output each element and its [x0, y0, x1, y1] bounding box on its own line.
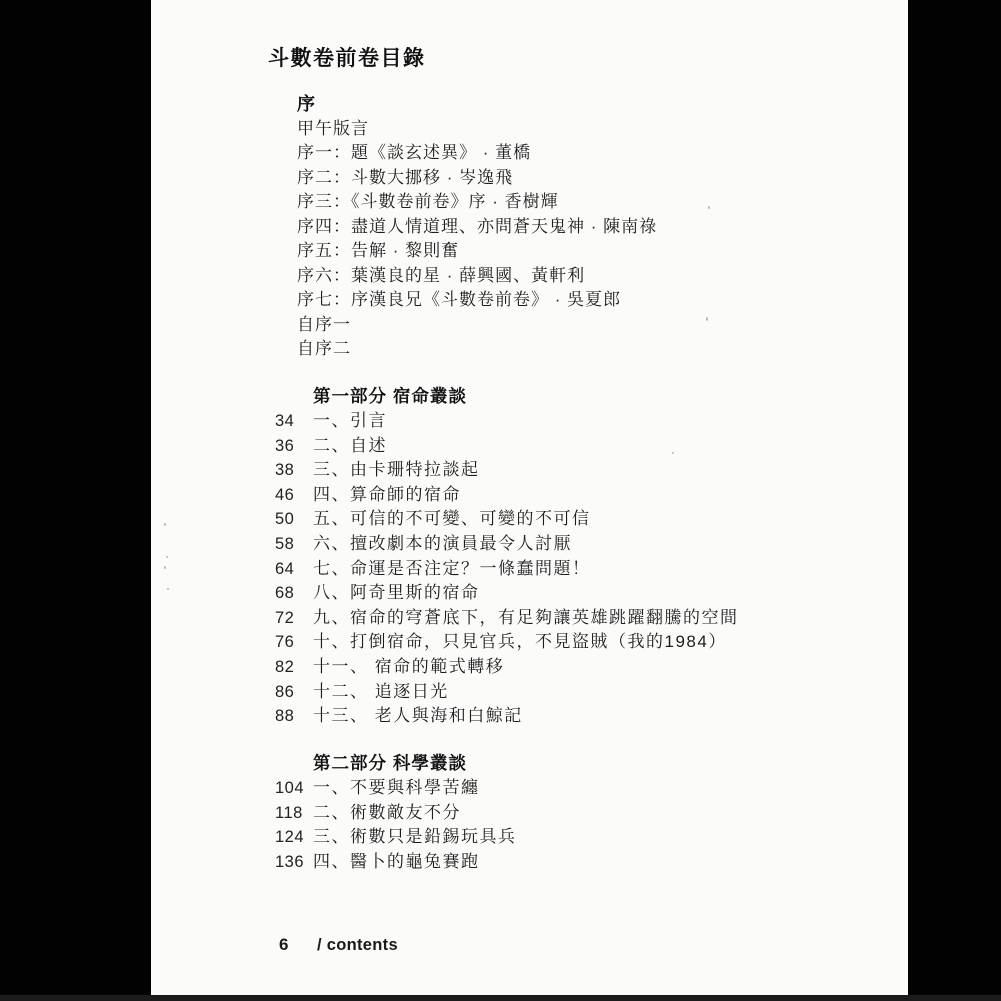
- toc-entry-title: 四、算命師的宿命: [313, 483, 461, 508]
- toc-entry: 82十一、 宿命的範式轉移: [151, 655, 908, 680]
- scanned-book-spread: 斗數卷前卷目錄 序 甲午版言序一：題《談玄述異》 · 董橋序二：斗數大挪移 · …: [0, 0, 1001, 1001]
- toc-entry: 88十三、 老人與海和白鯨記: [151, 704, 908, 729]
- toc-entry-page-number: 88: [275, 704, 294, 729]
- toc-entry-page-number: 58: [275, 532, 294, 557]
- preface-line: 序一：題《談玄述異》 · 董橋: [297, 141, 657, 166]
- scan-speck: [164, 523, 166, 526]
- toc-entry-page-number: 46: [275, 483, 294, 508]
- scan-speck: [167, 588, 169, 590]
- scan-speck: [570, 268, 573, 273]
- toc-entry-page-number: 72: [275, 606, 294, 631]
- toc-entry-title: 九、宿命的穹蒼底下，有足夠讓英雄跳躍翻騰的空間: [313, 606, 739, 631]
- toc-entry-page-number: 104: [275, 776, 304, 801]
- toc-entry-page-number: 34: [275, 409, 294, 434]
- toc-entry-title: 三、由卡珊特拉談起: [313, 458, 480, 483]
- toc-entry-title: 四、醫卜的龜兔賽跑: [313, 850, 480, 875]
- scan-speck: [576, 267, 578, 271]
- toc-entry-title: 十一、 宿命的範式轉移: [313, 655, 504, 680]
- toc-entry: 104一、不要與科學苦纏: [151, 776, 908, 801]
- scan-speck: [708, 206, 710, 209]
- toc-entry: 46四、算命師的宿命: [151, 483, 908, 508]
- scan-background-left: [0, 0, 151, 1001]
- toc-entry-title: 六、擅改劇本的演員最令人討厭: [313, 532, 572, 557]
- preface-line: 序二：斗數大挪移 · 岑逸飛: [297, 166, 657, 191]
- scan-speck: [672, 452, 674, 454]
- toc-entry: 34一、引言: [151, 409, 908, 434]
- preface-line: 序六：葉漢良的星 · 薛興國、黃軒利: [297, 264, 657, 289]
- toc-section-1: 第一部分 宿命叢談 34一、引言36二、自述38三、由卡珊特拉談起46四、算命師…: [151, 384, 908, 729]
- scan-speck: [706, 317, 708, 321]
- toc-entry-page-number: 136: [275, 850, 304, 875]
- toc-entry: 36二、自述: [151, 434, 908, 459]
- preface-line: 甲午版言: [297, 117, 657, 142]
- toc-entry-title: 一、引言: [313, 409, 387, 434]
- toc-entry-title: 一、不要與科學苦纏: [313, 776, 480, 801]
- toc-entry-title: 十三、 老人與海和白鯨記: [313, 704, 523, 729]
- page-title: 斗數卷前卷目錄: [268, 42, 426, 72]
- toc-entry-page-number: 50: [275, 507, 294, 532]
- toc-entry-title: 二、術數敵友不分: [313, 801, 461, 826]
- section-heading: 第一部分 宿命叢談: [313, 384, 908, 409]
- toc-entry: 124三、術數只是鉛錫玩具兵: [151, 825, 908, 850]
- page-footer: 6 / contents: [151, 933, 908, 957]
- toc-entry-title: 八、阿奇里斯的宿命: [313, 581, 480, 606]
- toc-entry-page-number: 86: [275, 680, 294, 705]
- scan-speck: [166, 556, 168, 558]
- toc-section-2: 第二部分 科學叢談 104一、不要與科學苦纏118二、術數敵友不分124三、術數…: [151, 751, 908, 874]
- toc-entry-page-number: 36: [275, 434, 294, 459]
- preface-line: 自序一: [297, 313, 657, 338]
- toc-entry-title: 七、命運是否注定？一條蠢問題！: [313, 557, 591, 582]
- toc-entry-page-number: 68: [275, 581, 294, 606]
- scan-background-bottom: [0, 995, 1001, 1001]
- toc-entry: 38三、由卡珊特拉談起: [151, 458, 908, 483]
- toc-entry: 50五、可信的不可變、可變的不可信: [151, 507, 908, 532]
- toc-entry-page-number: 38: [275, 458, 294, 483]
- toc-entry-title: 三、術數只是鉛錫玩具兵: [313, 825, 517, 850]
- toc-entry: 86十二、 追逐日光: [151, 680, 908, 705]
- toc-entry-page-number: 118: [275, 801, 303, 826]
- toc-entry-page-number: 124: [275, 825, 304, 850]
- toc-entry-page-number: 76: [275, 630, 294, 655]
- preface-heading: 序: [297, 92, 657, 117]
- preface-line: 自序二: [297, 337, 657, 362]
- toc-entry-page-number: 64: [275, 557, 294, 582]
- footer-page-number: 6: [279, 933, 288, 957]
- toc-entry: 68八、阿奇里斯的宿命: [151, 581, 908, 606]
- scan-background-right: [908, 0, 1001, 1001]
- preface-line: 序五：告解 · 黎則奮: [297, 239, 657, 264]
- toc-entry-title: 五、可信的不可變、可變的不可信: [313, 507, 591, 532]
- toc-entry: 58六、擅改劇本的演員最令人討厭: [151, 532, 908, 557]
- toc-entry: 76十、打倒宿命，只見官兵，不見盜賊（我的1984）: [151, 630, 908, 655]
- toc-entry: 136四、醫卜的龜兔賽跑: [151, 850, 908, 875]
- preface-block: 序 甲午版言序一：題《談玄述異》 · 董橋序二：斗數大挪移 · 岑逸飛序三：《斗…: [297, 92, 657, 362]
- toc-entry-title: 二、自述: [313, 434, 387, 459]
- toc-entry-page-number: 82: [275, 655, 294, 680]
- section-items: 34一、引言36二、自述38三、由卡珊特拉談起46四、算命師的宿命50五、可信的…: [151, 409, 908, 729]
- toc-entry: 64七、命運是否注定？一條蠢問題！: [151, 557, 908, 582]
- preface-line: 序七：序漢良兄《斗數卷前卷》 · 吳夏郎: [297, 288, 657, 313]
- section-heading: 第二部分 科學叢談: [313, 751, 908, 776]
- toc-entry-title: 十二、 追逐日光: [313, 680, 449, 705]
- preface-line: 序四：盡道人情道理、亦問蒼天鬼神 · 陳南祿: [297, 215, 657, 240]
- section-items: 104一、不要與科學苦纏118二、術數敵友不分124三、術數只是鉛錫玩具兵136…: [151, 776, 908, 874]
- toc-entry: 72九、宿命的穹蒼底下，有足夠讓英雄跳躍翻騰的空間: [151, 606, 908, 631]
- toc-entry-title: 十、打倒宿命，只見官兵，不見盜賊（我的1984）: [313, 630, 727, 655]
- book-page: 斗數卷前卷目錄 序 甲午版言序一：題《談玄述異》 · 董橋序二：斗數大挪移 · …: [151, 0, 908, 995]
- footer-contents-label: / contents: [317, 933, 398, 957]
- preface-lines: 甲午版言序一：題《談玄述異》 · 董橋序二：斗數大挪移 · 岑逸飛序三：《斗數卷…: [297, 117, 657, 362]
- scan-speck: [164, 566, 166, 569]
- toc-entry: 118二、術數敵友不分: [151, 801, 908, 826]
- preface-line: 序三：《斗數卷前卷》序 · 香樹輝: [297, 190, 657, 215]
